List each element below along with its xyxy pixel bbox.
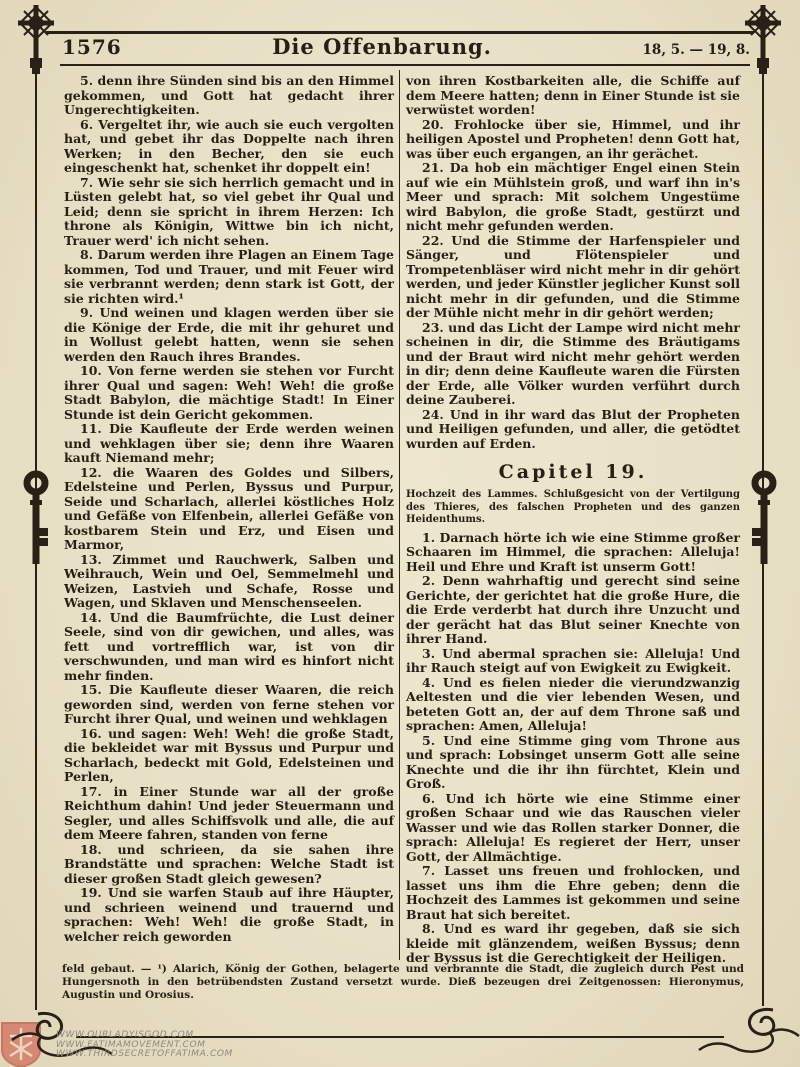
verse-paragraph: 5. denn ihre Sünden sind bis an den Himm… (64, 74, 394, 118)
verse-paragraph: Capitel 19. (406, 460, 740, 484)
right-text-column: von ihren Kostbarkeiten alle, die Schiff… (406, 74, 740, 966)
verse-paragraph: 24. Und in ihr ward das Blut der Prophet… (406, 408, 740, 452)
cross-finial-icon (741, 3, 785, 75)
verse-paragraph: 6. Und ich hörte wie eine Stimme einer g… (406, 792, 740, 865)
verse-paragraph: 6. Vergeltet ihr, wie auch sie euch verg… (64, 118, 394, 176)
verse-range: 18, 5. — 19, 8. (643, 42, 750, 58)
verse-paragraph: 2. Denn wahrhaftig und gerecht sind sein… (406, 574, 740, 647)
verse-paragraph: 23. und das Licht der Lampe wird nicht m… (406, 321, 740, 408)
verse-paragraph: 3. Und abermal sprachen sie: Alleluja! U… (406, 647, 740, 676)
verse-paragraph: 15. Die Kaufleute dieser Waaren, die rei… (64, 683, 394, 727)
verse-paragraph: 21. Da hob ein mächtiger Engel einen Ste… (406, 161, 740, 234)
verse-paragraph: 11. Die Kaufleute der Erde werden weinen… (64, 422, 394, 466)
scroll-flourish-icon (698, 1006, 800, 1060)
scanned-bible-page: { "page": { "header": { "page_number": "… (0, 0, 800, 1067)
verse-paragraph: 16. und sagen: Weh! Weh! die große Stadt… (64, 727, 394, 785)
verse-paragraph: 8. Darum werden ihre Plagen an Einem Tag… (64, 248, 394, 306)
column-divider-rule (399, 70, 400, 960)
verse-paragraph: 20. Frohlocke über sie, Himmel, und ihr … (406, 118, 740, 162)
footnote-text: feld gebaut. — ¹) Alarich, König der Got… (62, 963, 744, 1001)
verse-paragraph: 14. Und die Baumfrüchte, die Lust deiner… (64, 611, 394, 684)
verse-paragraph: 5. Und eine Stimme ging vom Throne aus u… (406, 734, 740, 792)
verse-paragraph: Hochzeit des Lammes. Schlußgesicht von d… (406, 489, 740, 527)
verse-paragraph: 22. Und die Stimme der Harfenspieler und… (406, 234, 740, 321)
watermark-urls: WWW.OURLADYISGOD.COM WWW.FATIMAMOVEMENT.… (56, 1031, 233, 1060)
verse-paragraph: 17. in Einer Stunde war all der große Re… (64, 785, 394, 843)
verse-paragraph: 7. Lasset uns freuen und frohlocken, und… (406, 864, 740, 922)
watermark-line: WWW.THIRDSECRETOFFATIMA.COM (56, 1050, 233, 1060)
page-number: 1576 (62, 35, 122, 59)
verse-paragraph: 10. Von ferne werden sie stehen vor Furc… (64, 364, 394, 422)
verse-paragraph: von ihren Kostbarkeiten alle, die Schiff… (406, 74, 740, 118)
verse-paragraph: 4. Und es fielen nieder die vierundzwanz… (406, 676, 740, 734)
verse-paragraph: 7. Wie sehr sie sich herrlich gemacht un… (64, 176, 394, 249)
page-header: 1576 Die Offenbarung. 18, 5. — 19, 8. (62, 34, 750, 59)
verse-paragraph: 12. die Waaren des Goldes und Silbers, E… (64, 466, 394, 553)
verse-paragraph: 19. Und sie warfen Staub auf ihre Häupte… (64, 886, 394, 944)
header-divider-rule (60, 64, 750, 66)
page-title: Die Offenbarung. (122, 34, 643, 59)
verse-paragraph: 1. Darnach hörte ich wie eine Stimme gro… (406, 531, 740, 575)
footnote: feld gebaut. — ¹) Alarich, König der Got… (62, 963, 744, 1002)
key-icon (23, 470, 49, 570)
verse-paragraph: 9. Und weinen und klagen werden über sie… (64, 306, 394, 364)
key-icon (751, 470, 777, 570)
verse-paragraph: 13. Zimmet und Rauchwerk, Salben und Wei… (64, 553, 394, 611)
cross-finial-icon (14, 3, 58, 75)
verse-paragraph: 8. Und es ward ihr gegeben, daß sie sich… (406, 922, 740, 966)
left-text-column: 5. denn ihre Sünden sind bis an den Himm… (64, 74, 394, 944)
verse-paragraph: 18. und schrieen, da sie sahen ihre Bran… (64, 843, 394, 887)
